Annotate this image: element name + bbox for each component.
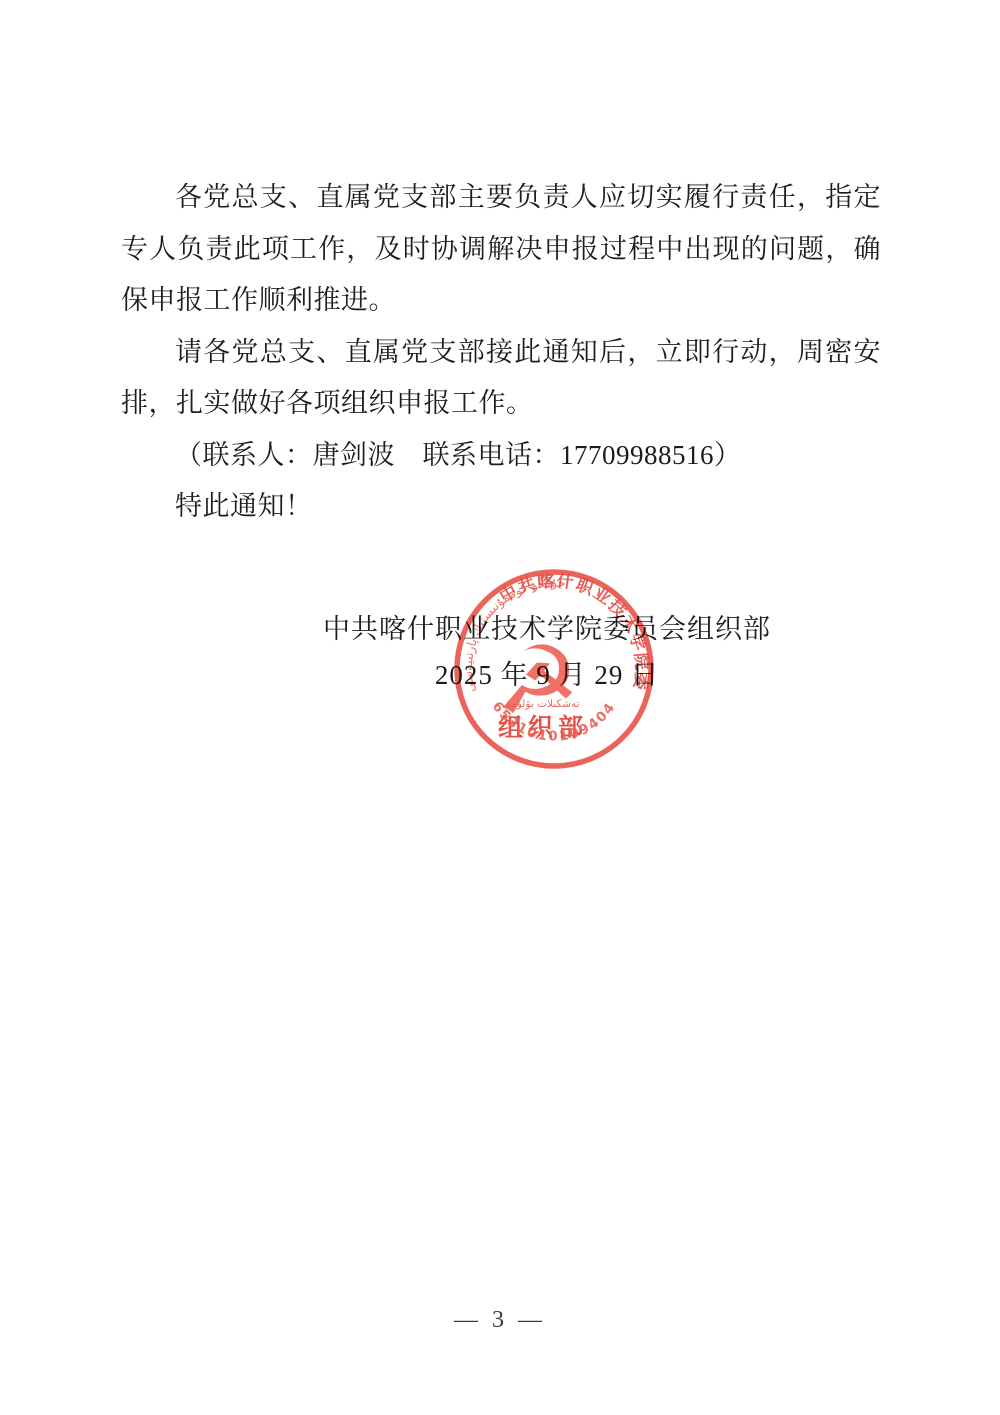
notice-body: 各党总支、直属党支部主要负责人应切实履行责任，指定专人负责此项工作，及时协调解决…	[121, 172, 881, 533]
seal-code-number: 6531010109404	[489, 699, 619, 745]
paragraph-action: 请各党总支、直属党支部接此通知后，立即行动，周密安排，扎实做好各项组织申报工作。	[121, 327, 881, 430]
document-page: 各党总支、直属党支部主要负责人应切实履行责任，指定专人负责此项工作，及时协调解决…	[0, 0, 1000, 1415]
paragraph-responsibility: 各党总支、直属党支部主要负责人应切实履行责任，指定专人负责此项工作，及时协调解决…	[121, 172, 881, 327]
contact-line: （联系人：唐剑波 联系电话：17709988516）	[121, 430, 881, 482]
seal-subtitle-uyghur: تەشكىلات بۆلۈمى	[502, 698, 579, 710]
signature-date: 2025 年 9 月 29 日	[147, 652, 947, 698]
closing-line: 特此通知！	[121, 481, 881, 533]
page-number: — 3 —	[0, 1307, 1000, 1334]
signature-org: 中共喀什职业技术学院委员会组织部	[147, 606, 947, 652]
signature-block: 中共喀什职业技术学院委员会组织部 2025 年 9 月 29 日	[147, 606, 947, 698]
seal-department-name: 组织部	[498, 714, 588, 742]
